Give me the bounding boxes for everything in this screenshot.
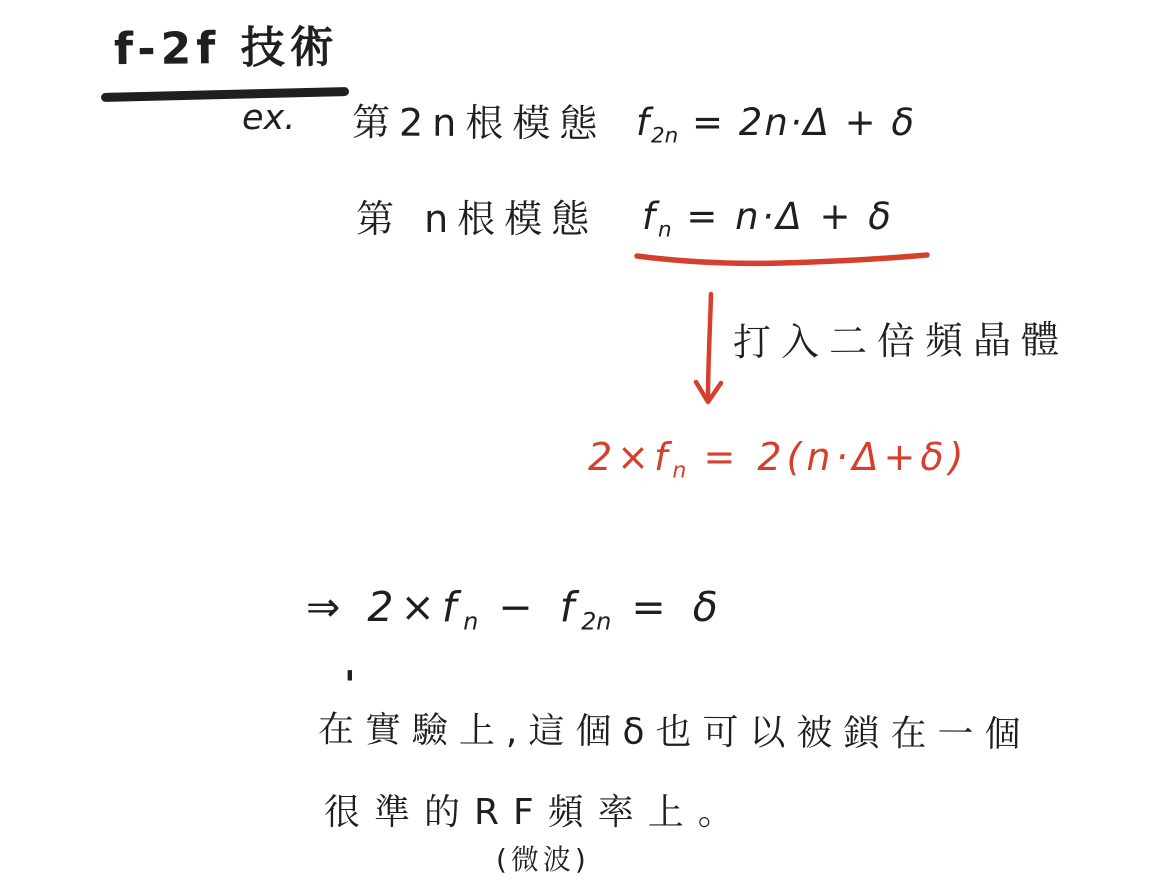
emphasis-underline xyxy=(632,250,932,272)
mode-n-formula: fn = n·Δ + δ xyxy=(642,196,894,243)
handwritten-note-sheet: f-2f 技術 ex. 第2n根模態 f2n = 2n·Δ + δ 第 n根模態… xyxy=(0,0,1170,891)
note-title: f-2f 技術 xyxy=(114,23,339,76)
rf-wave-note: (微波) xyxy=(496,844,590,876)
arrow-annotation: 打入二倍頻晶體 xyxy=(733,319,1069,366)
example-label: ex. xyxy=(242,98,295,138)
conclusion-line-2: 很準的RF頻率上。 xyxy=(324,792,748,833)
title-underline xyxy=(101,87,349,102)
down-arrow xyxy=(690,290,736,430)
tick-mark: ' xyxy=(344,664,356,708)
mode-n-label: 第 n根模態 xyxy=(356,198,598,242)
doubled-formula: 2×fn = 2(n·Δ+δ) xyxy=(588,436,968,484)
result-formula: ⇒ 2×fn − f2n = δ xyxy=(306,584,725,636)
mode-2n-label: 第2n根模態 xyxy=(352,101,606,146)
mode-2n-formula: f2n = 2n·Δ + δ xyxy=(636,102,916,149)
conclusion-line-1: 在實驗上,這個δ也可以被鎖在一個 xyxy=(318,710,1032,756)
